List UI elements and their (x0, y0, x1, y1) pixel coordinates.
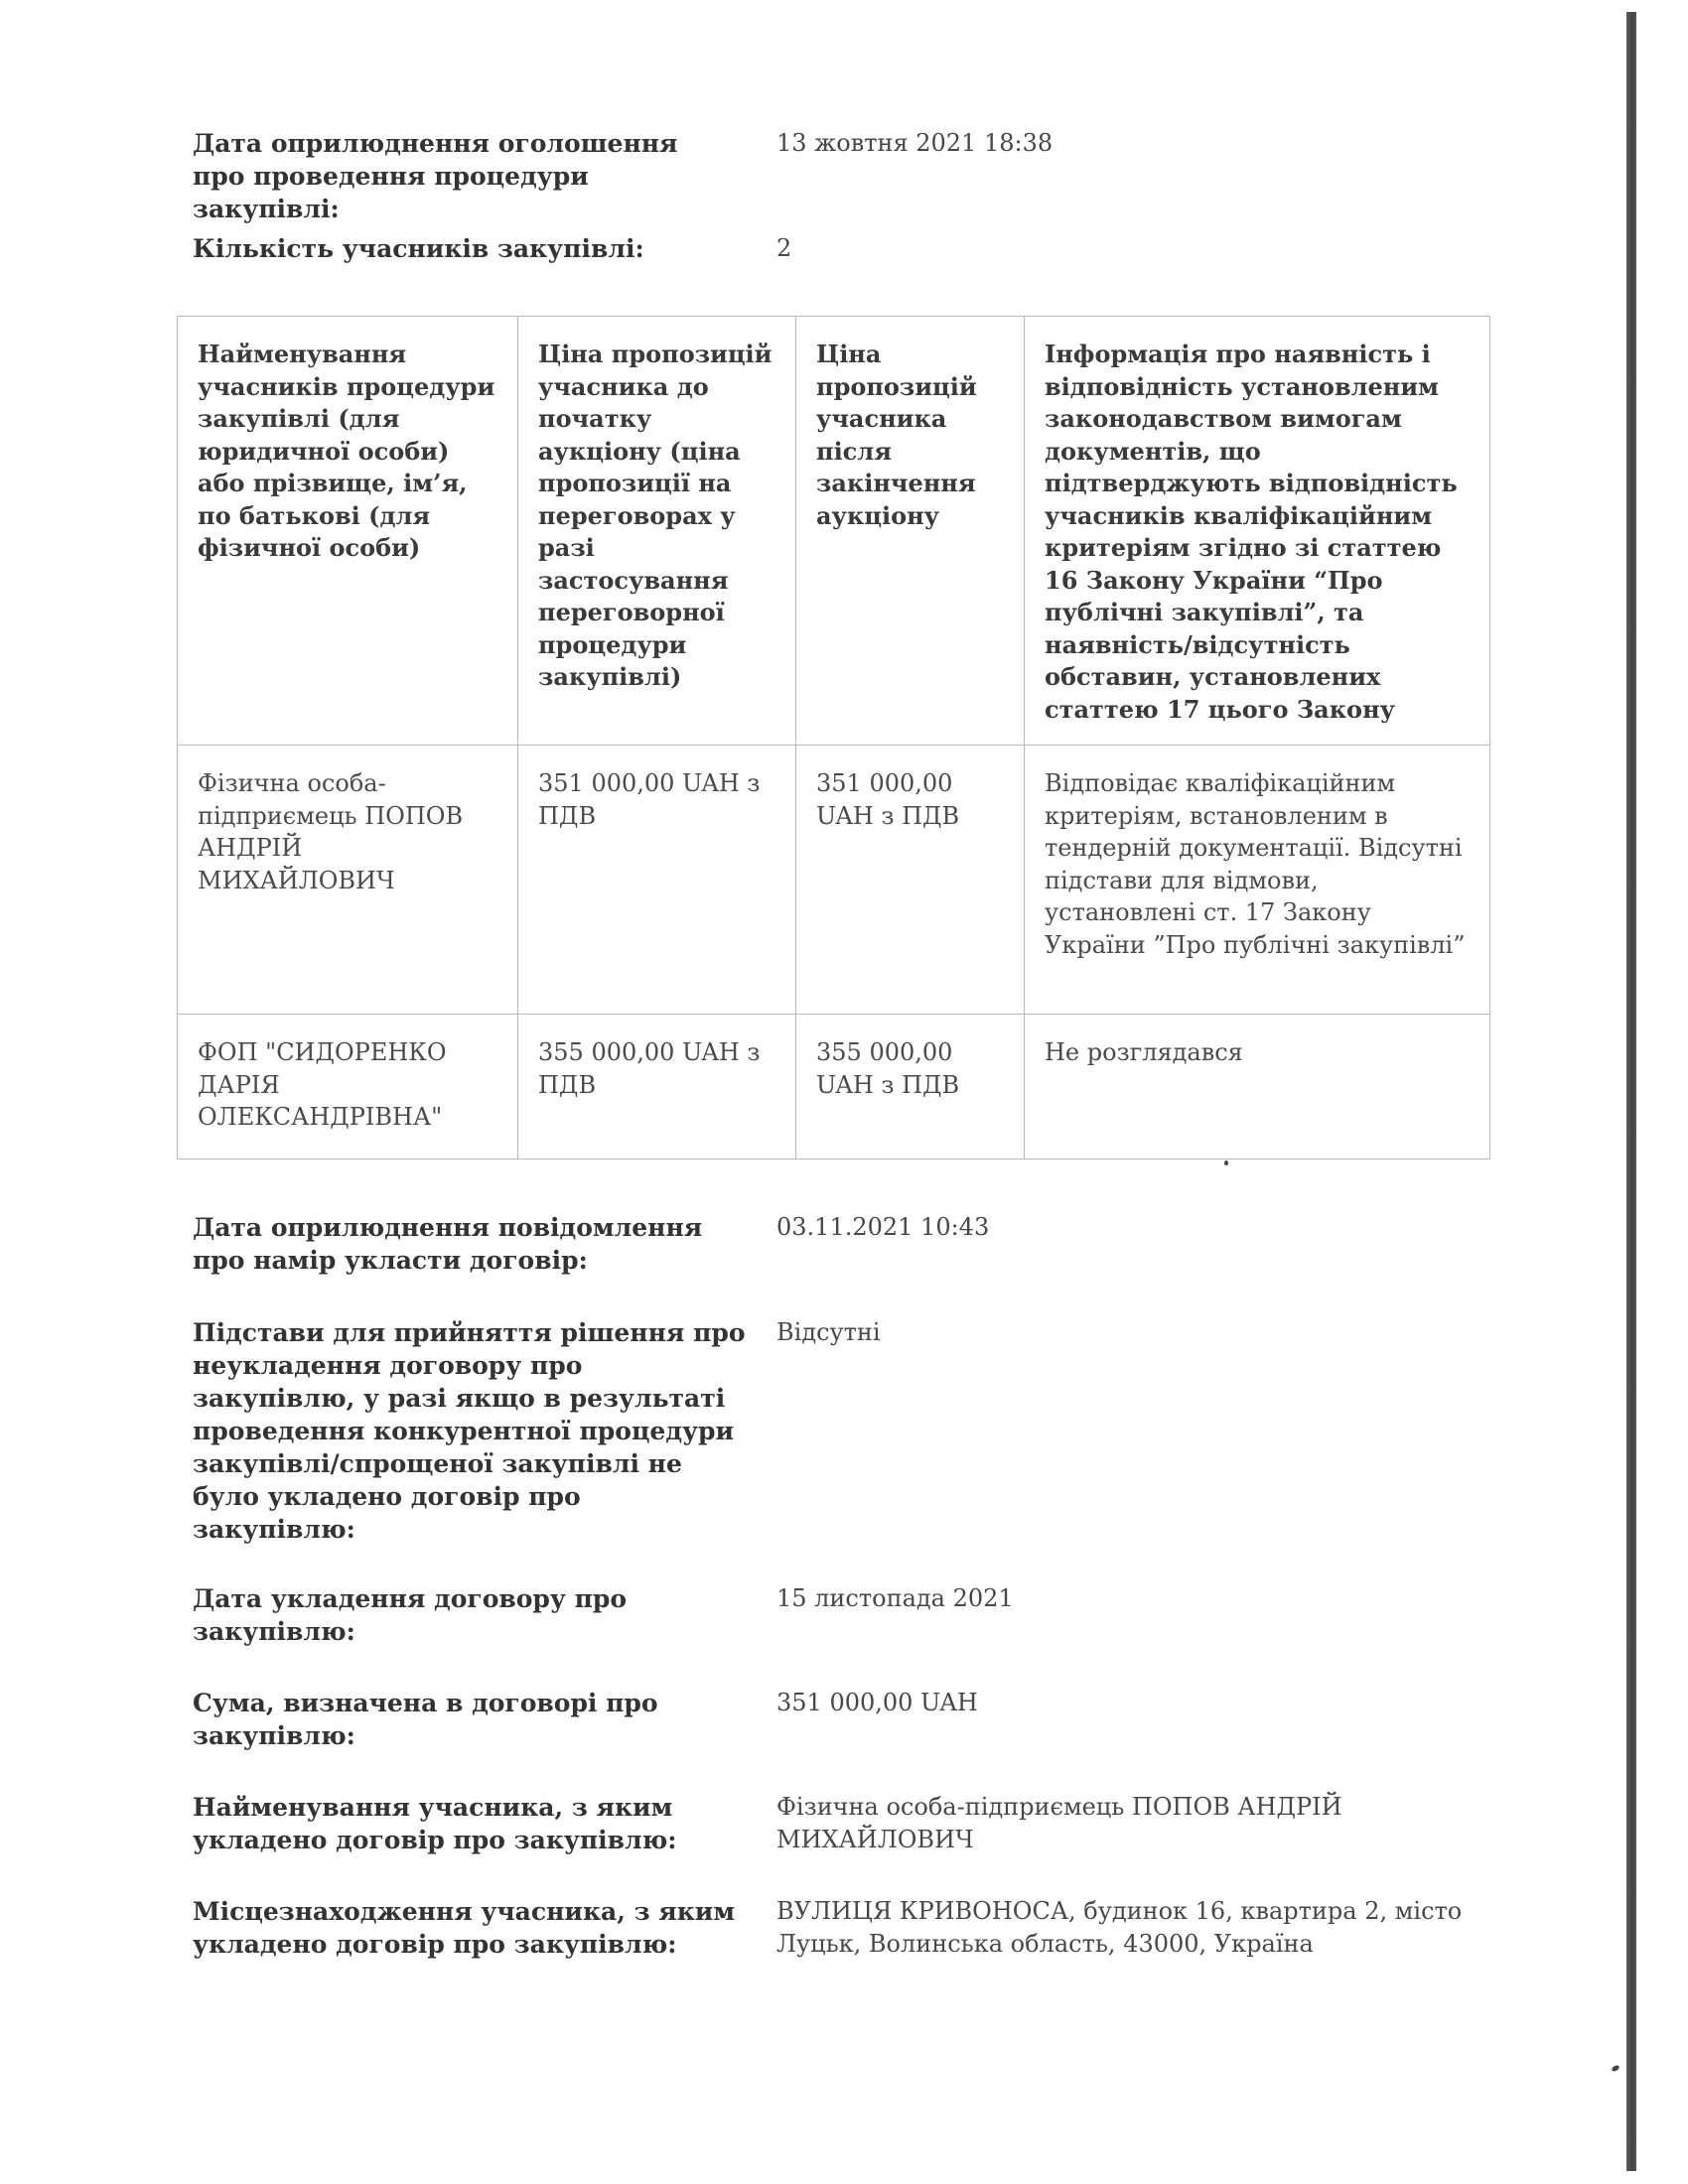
field-value: Фізична особа-підприємець ПОПОВ АНДРІЙ М… (776, 1791, 1472, 1856)
field-label: Сума, визначена в договорі про закупівлю… (193, 1687, 749, 1752)
field-value: Відсутні (776, 1316, 1472, 1349)
column-header-price-after: Ціна пропозицій учасника після закінченн… (796, 317, 1025, 746)
field-label: Дата оприлюднення повідомлення про намір… (193, 1211, 749, 1277)
column-header-participant: Найменування учасників процедури закупів… (178, 317, 518, 746)
scan-edge-artifact (1626, 12, 1636, 2171)
field-label: Кількість учасників закупівлі: (193, 232, 749, 265)
cell-price-before: 351 000,00 UAH з ПДВ (518, 746, 796, 1015)
column-header-price-before: Ціна пропозицій учасника до початку аукц… (518, 317, 796, 746)
field-value: ВУЛИЦЯ КРИВОНОСА, будинок 16, квартира 2… (776, 1895, 1472, 1961)
column-header-qualification: Інформація про наявність і відповідність… (1025, 317, 1490, 746)
field-label: Місцезнаходження учасника, з яким укладе… (193, 1895, 749, 1961)
cell-price-before: 355 000,00 UAH з ПДВ (518, 1015, 796, 1160)
field-label: Найменування учасника, з яким укладено д… (193, 1791, 749, 1856)
bids-table: Найменування учасників процедури закупів… (177, 316, 1490, 1160)
field-value: 13 жовтня 2021 18:38 (776, 127, 1472, 160)
cell-participant: Фізична особа-підприємець ПОПОВ АНДРІЙ М… (178, 746, 518, 1015)
scan-speck (1611, 2064, 1619, 2072)
field-value: 351 000,00 UAH (776, 1687, 1472, 1719)
field-label: Дата укладення договору про закупівлю: (193, 1582, 749, 1648)
field-label: Підстави для прийняття рішення про неукл… (193, 1316, 749, 1546)
cell-qualification: Відповідає кваліфікаційним критеріям, вс… (1025, 746, 1490, 1015)
cell-participant: ФОП "СИДОРЕНКО ДАРІЯ ОЛЕКСАНДРІВНА" (178, 1015, 518, 1160)
field-value: 03.11.2021 10:43 (776, 1211, 1472, 1244)
field-label: Дата оприлюднення оголошення про проведе… (193, 127, 719, 225)
cell-qualification: Не розглядався (1025, 1015, 1490, 1160)
cell-price-after: 351 000,00 UAH з ПДВ (796, 746, 1025, 1015)
field-value: 2 (776, 232, 1472, 265)
field-value: 15 листопада 2021 (776, 1582, 1472, 1615)
table-row: Фізична особа-підприємець ПОПОВ АНДРІЙ М… (178, 746, 1490, 1015)
table-header-row: Найменування учасників процедури закупів… (178, 317, 1490, 746)
cell-price-after: 355 000,00 UAH з ПДВ (796, 1015, 1025, 1160)
table-row: ФОП "СИДОРЕНКО ДАРІЯ ОЛЕКСАНДРІВНА" 355 … (178, 1015, 1490, 1160)
scan-speck (1224, 1160, 1228, 1165)
